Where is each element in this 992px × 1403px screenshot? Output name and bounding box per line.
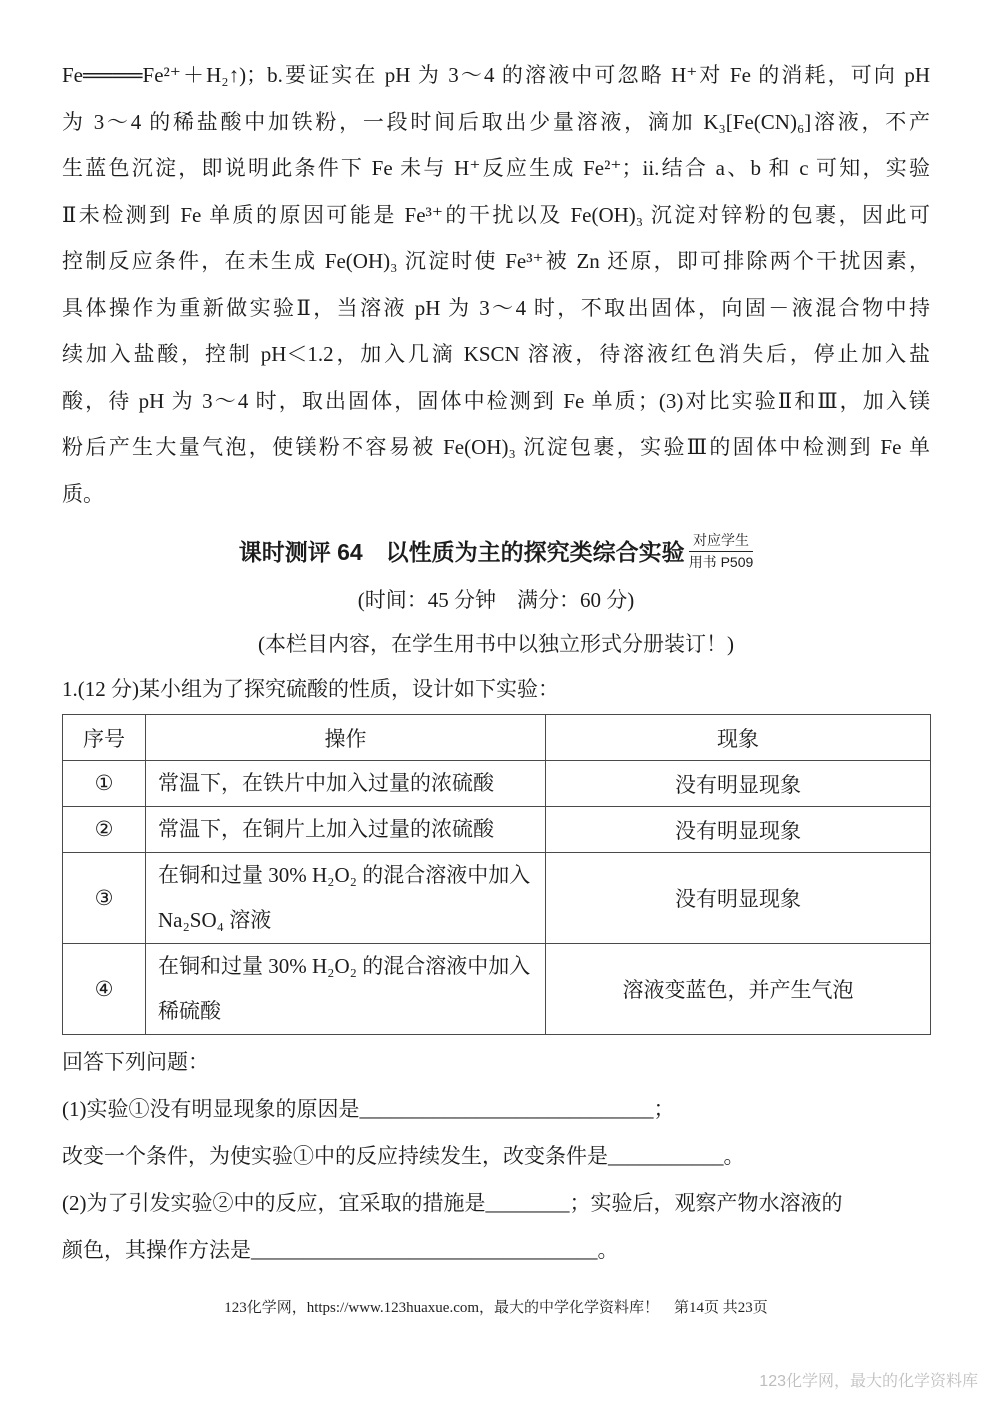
question-1-subquestions: 回答下列问题： (1)实验①没有明显现象的原因是________________… <box>62 1039 930 1274</box>
section-heading: 课时测评 64 以性质为主的探究类综合实验 对应学生 用书 P509 <box>62 531 930 572</box>
section-title: 课时测评 64 以性质为主的探究类综合实验 <box>239 537 685 567</box>
subquestion-1-line-2: 改变一个条件，为使实验①中的反应持续发生，改变条件是___________。 <box>62 1133 930 1180</box>
reference-top: 对应学生 <box>689 531 754 552</box>
row-operation: 在铜和过量 30% H₂O₂ 的混合溶液中加入稀硫酸 <box>146 944 546 1035</box>
experiment-table: 序号 操作 现象 ① 常温下，在铁片中加入过量的浓硫酸 没有明显现象 ② 常温下… <box>62 714 931 1035</box>
row-phenomenon: 没有明显现象 <box>546 807 931 853</box>
answer-paragraph: Fe════Fe²⁺＋H₂↑)；b.要证实在 pH 为 3～4 的溶液中可忽略 … <box>62 52 930 517</box>
note-line: (本栏目内容，在学生用书中以独立形式分册装订！) <box>62 622 930 666</box>
document-page: Fe════Fe²⁺＋H₂↑)；b.要证实在 pH 为 3～4 的溶液中可忽略 … <box>0 0 992 1274</box>
page-footer: 123化学网，https://www.123huaxue.com，最大的中学化学… <box>0 1296 992 1317</box>
row-no: ① <box>63 761 146 807</box>
student-book-reference: 对应学生 用书 P509 <box>689 531 754 572</box>
subquestion-2-line-2: 颜色，其操作方法是_______________________________… <box>62 1227 930 1274</box>
row-no: ③ <box>63 853 146 944</box>
table-row: ② 常温下，在铜片上加入过量的浓硫酸 没有明显现象 <box>63 807 931 853</box>
paragraph-line: 质。 <box>62 471 930 518</box>
paragraph-line: 生蓝色沉淀，即说明此条件下 Fe 未与 H⁺反应生成 Fe²⁺；ii.结合 a、… <box>62 145 930 192</box>
row-no: ② <box>63 807 146 853</box>
paragraph-line: 酸，待 pH 为 3～4 时，取出固体，固体中检测到 Fe 单质；(3)对比实验… <box>62 378 930 425</box>
subquestion-1-line-1: (1)实验①没有明显现象的原因是________________________… <box>62 1086 930 1133</box>
row-phenomenon: 溶液变蓝色，并产生气泡 <box>546 944 931 1035</box>
column-header-operation: 操作 <box>146 715 546 761</box>
question-1-intro: 1.(12 分)某小组为了探究硫酸的性质，设计如下实验： <box>62 666 930 713</box>
paragraph-line: 粉后产生大量气泡，使镁粉不容易被 Fe(OH)₃ 沉淀包裹，实验Ⅲ的固体中检测到… <box>62 424 930 471</box>
table-row: ③ 在铜和过量 30% H₂O₂ 的混合溶液中加入 Na₂SO₄ 溶液 没有明显… <box>63 853 931 944</box>
row-operation: 常温下，在铜片上加入过量的浓硫酸 <box>146 807 546 853</box>
paragraph-line: 为 3～4 的稀盐酸中加铁粉，一段时间后取出少量溶液，滴加 K₃[Fe(CN)₆… <box>62 99 930 146</box>
table-header-row: 序号 操作 现象 <box>63 715 931 761</box>
row-phenomenon: 没有明显现象 <box>546 853 931 944</box>
column-header-phenomenon: 现象 <box>546 715 931 761</box>
row-operation: 常温下，在铁片中加入过量的浓硫酸 <box>146 761 546 807</box>
column-header-no: 序号 <box>63 715 146 761</box>
table-row: ④ 在铜和过量 30% H₂O₂ 的混合溶液中加入稀硫酸 溶液变蓝色，并产生气泡 <box>63 944 931 1035</box>
paragraph-line: 续加入盐酸，控制 pH＜1.2，加入几滴 KSCN 溶液，待溶液红色消失后，停止… <box>62 331 930 378</box>
row-operation: 在铜和过量 30% H₂O₂ 的混合溶液中加入 Na₂SO₄ 溶液 <box>146 853 546 944</box>
answer-prompt: 回答下列问题： <box>62 1039 930 1086</box>
row-phenomenon: 没有明显现象 <box>546 761 931 807</box>
reference-bottom: 用书 P509 <box>689 552 754 572</box>
time-score-line: (时间：45 分钟 满分：60 分) <box>62 578 930 622</box>
paragraph-line: 控制反应条件，在未生成 Fe(OH)₃ 沉淀时使 Fe³⁺被 Zn 还原，即可排… <box>62 238 930 285</box>
table-row: ① 常温下，在铁片中加入过量的浓硫酸 没有明显现象 <box>63 761 931 807</box>
paragraph-line: Fe════Fe²⁺＋H₂↑)；b.要证实在 pH 为 3～4 的溶液中可忽略 … <box>62 52 930 99</box>
subquestion-2-line-1: (2)为了引发实验②中的反应，宜采取的措施是________；实验后，观察产物水… <box>62 1180 930 1227</box>
paragraph-line: 具体操作为重新做实验Ⅱ，当溶液 pH 为 3～4 时，不取出固体，向固－液混合物… <box>62 285 930 332</box>
paragraph-line: Ⅱ未检测到 Fe 单质的原因可能是 Fe³⁺的干扰以及 Fe(OH)₃ 沉淀对锌… <box>62 192 930 239</box>
row-no: ④ <box>63 944 146 1035</box>
watermark: 123化学网，最大的化学资料库 <box>759 1368 978 1391</box>
